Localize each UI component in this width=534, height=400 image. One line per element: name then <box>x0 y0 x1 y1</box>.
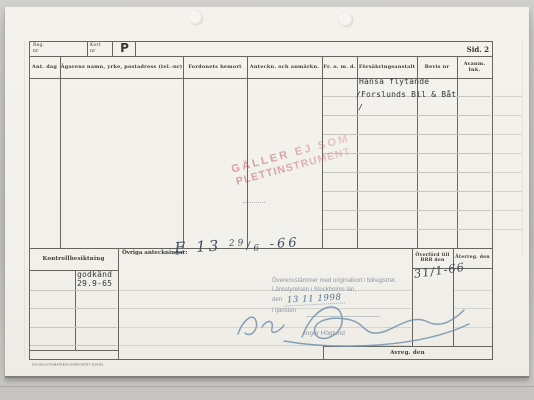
grid-line <box>494 134 522 135</box>
grid-line <box>118 248 119 360</box>
avreg-label: Avreg. den <box>323 346 492 360</box>
insurance-entry-line1: Hansa flytande <box>359 77 429 86</box>
kort-nr-label: Kortnr <box>90 43 101 54</box>
printer-code: NYKOM AUTOMATREGISTERKORTET 4224/51 <box>32 352 151 371</box>
grid-line <box>29 41 30 360</box>
grid-line <box>323 115 491 116</box>
insurance-entry-line2: /Forslunds Bil & Båt <box>356 90 456 99</box>
grid-line <box>183 56 184 248</box>
grid-line <box>60 56 61 248</box>
grid-line <box>75 270 76 350</box>
grid-line <box>457 56 458 248</box>
col-header-avanm: Avanm. Ink. <box>457 56 492 78</box>
grid-line <box>135 41 136 56</box>
grid-line <box>494 153 522 154</box>
grid-line <box>247 56 248 248</box>
insurance-entry-line3: / <box>358 103 363 112</box>
grid-line <box>30 345 117 346</box>
punch-hole-icon <box>189 11 203 25</box>
grid-line <box>29 41 493 42</box>
sheet-edge-shadow <box>0 386 534 387</box>
punch-hole-icon <box>339 13 353 27</box>
grid-line <box>30 290 117 291</box>
grid-line <box>494 96 522 97</box>
kontrollbesiktning-header: Kontrollbesiktning <box>29 248 118 270</box>
reg-nr-label: Reg.nr <box>33 43 44 54</box>
col-header-forsakring: Försäkringsanstalt <box>357 56 417 78</box>
handwritten-signature <box>226 294 474 348</box>
grid-line <box>323 229 491 230</box>
grid-line <box>494 172 522 173</box>
col-header-from-d: Fr. o. m. d. <box>322 56 357 78</box>
inspection-approved-line1: godkänd <box>77 270 112 279</box>
grid-line <box>323 210 491 211</box>
grid-line <box>24 41 25 359</box>
col-header-anteckn: Anteckn. och anmärkn. <box>247 56 322 78</box>
grid-line <box>494 115 522 116</box>
scanned-registration-card: Reg.nr Kortnr P Sid. 2 Ant. dag Ägarens … <box>0 0 534 400</box>
grid-line <box>323 191 491 192</box>
grid-line <box>87 41 88 56</box>
col-header-hemort: Fordonets hemort <box>183 56 247 78</box>
grid-line <box>29 350 119 351</box>
grid-line <box>112 41 113 56</box>
col-header-ant-dag: Ant. dag <box>29 56 60 78</box>
col-header-agarens: Ägarens namn, yrke, postadress (tel.-nr) <box>60 56 183 78</box>
page-number: Sid. 2 <box>447 45 489 54</box>
p-mark: P <box>114 41 135 55</box>
grid-line <box>30 327 117 328</box>
grid-line <box>494 191 522 192</box>
grid-line <box>492 41 493 360</box>
grid-line <box>454 290 492 291</box>
grid-line <box>494 229 522 230</box>
inspection-approved-line2: 29.9-65 <box>77 279 112 288</box>
grid-line <box>30 308 117 309</box>
pencil-mark <box>243 202 265 203</box>
grid-line <box>323 172 491 173</box>
grid-line <box>494 210 522 211</box>
signer-name: Inger Höglund <box>304 330 345 337</box>
col-header-bevis-nr: Bevis nr <box>417 56 457 78</box>
grid-line <box>522 40 523 255</box>
